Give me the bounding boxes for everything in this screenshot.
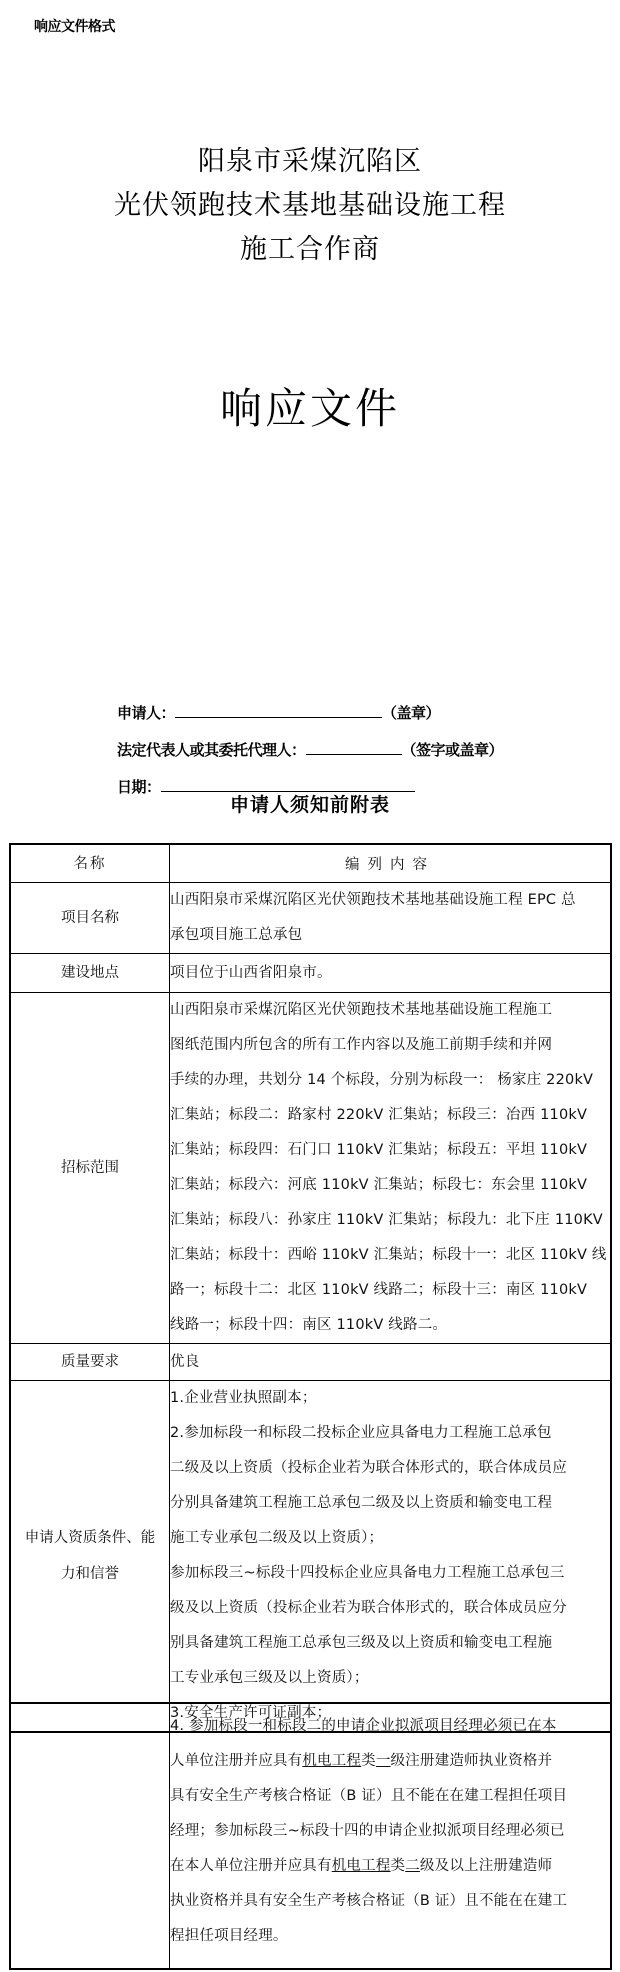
content-line: 项目位于山西省阳泉市。	[170, 956, 610, 991]
representative-field: 法定代表人或其委托代理人：（签字或盖章）	[117, 737, 503, 759]
content-line: 2.参加标段一和标段二投标企业应具备电力工程施工总承包	[170, 1416, 610, 1451]
project-title-block: 阳泉市采煤沉陷区 光伏领跑技术基地基础设施工程 施工合作商	[0, 140, 620, 272]
content-line: 施工专业承包二级及以上资质）；	[170, 1521, 610, 1556]
row-content-bidding-scope: 山西阳泉市采煤沉陷区光伏领跑技术基地基础设施工程施工 图纸范围内所包含的所有工作…	[170, 993, 612, 1344]
content-line: 手续的办理，共划分 14 个标段，分别为标段一： 杨家庄 220kV	[170, 1063, 610, 1098]
content-line: 承包项目施工总承包	[170, 918, 610, 953]
content-line: 线路一；标段十四：南区 110kV 线路二。	[170, 1308, 610, 1343]
content-line: 具有安全生产考核合格证（B 证）且不能在在建工程担任项目	[170, 1779, 610, 1814]
project-title-line-2: 光伏领跑技术基地基础设施工程	[0, 184, 620, 228]
applicant-field: 申请人：（盖章）	[117, 700, 440, 722]
content-line: 人单位注册并应具有机电工程类一级注册建造师执业资格并	[170, 1744, 610, 1779]
representative-blank[interactable]	[306, 737, 402, 755]
representative-label: 法定代表人或其委托代理人：	[117, 741, 306, 759]
text-segment: 人单位注册并应具有	[170, 1753, 302, 1769]
project-title-line-1: 阳泉市采煤沉陷区	[0, 140, 620, 184]
text-segment: 级及以上注册建造师	[420, 1858, 552, 1874]
row-content-project-name: 山西阳泉市采煤沉陷区光伏领跑技术基地基础设施工程 EPC 总 承包项目施工总承包	[170, 883, 612, 954]
applicant-blank[interactable]	[175, 700, 382, 718]
content-line: 图纸范围内所包含的所有工作内容以及施工前期手续和并网	[170, 1028, 610, 1063]
header-content: 编列内容	[170, 844, 612, 883]
underlined-segment: 一	[376, 1753, 391, 1769]
content-line: 工专业承包三级及以上资质）；	[170, 1661, 610, 1696]
content-line: 汇集站；标段八：孙家庄 110kV 汇集站；标段九：北下庄 110KV	[170, 1203, 610, 1238]
content-line: 优良	[170, 1345, 610, 1380]
underlined-segment: 机电工程	[302, 1753, 361, 1769]
row-content-qualifications: 1.企业营业执照副本； 2.参加标段一和标段二投标企业应具备电力工程施工总承包 …	[170, 1381, 612, 1733]
label-line: 申请人资质条件、能	[11, 1520, 169, 1556]
table-row: 项目名称 山西阳泉市采煤沉陷区光伏领跑技术基地基础设施工程 EPC 总 承包项目…	[10, 883, 611, 954]
section-title: 申请人须知前附表	[0, 790, 620, 817]
applicant-label: 申请人：	[117, 704, 175, 722]
underlined-segment: 二	[405, 1858, 420, 1874]
row-label-quality: 质量要求	[10, 1344, 170, 1381]
row-content-project-manager: 4. 参加标段一和标段二的申请企业拟派项目经理必须已在本 人单位注册并应具有机电…	[170, 1703, 612, 1969]
content-line: 山西阳泉市采煤沉陷区光伏领跑技术基地基础设施工程 EPC 总	[170, 883, 610, 918]
table-row: 建设地点 项目位于山西省阳泉市。	[10, 954, 611, 993]
content-line: 山西阳泉市采煤沉陷区光伏领跑技术基地基础设施工程施工	[170, 993, 610, 1028]
page-header-label: 响应文件格式	[34, 16, 115, 36]
table-row: 招标范围 山西阳泉市采煤沉陷区光伏领跑技术基地基础设施工程施工 图纸范围内所包含…	[10, 993, 611, 1344]
table-row: 申请人资质条件、能 力和信誉 1.企业营业执照副本； 2.参加标段一和标段二投标…	[10, 1381, 611, 1733]
header-name: 名称	[10, 844, 170, 883]
content-line: 级及以上资质（投标企业若为联合体形式的，联合体成员应分	[170, 1591, 610, 1626]
row-content-construction-site: 项目位于山西省阳泉市。	[170, 954, 612, 993]
content-line: 分别具备建筑工程施工总承包二级及以上资质和输变电工程	[170, 1486, 610, 1521]
content-line: 执业资格并具有安全生产考核合格证（B 证）且不能在在建工	[170, 1884, 610, 1919]
content-line: 程担任项目经理。	[170, 1919, 610, 1954]
text-segment: 级注册建造师执业资格并	[391, 1753, 553, 1769]
content-line: 汇集站；标段二：路家村 220kV 汇集站；标段三：冶西 110kV	[170, 1098, 610, 1133]
underlined-segment: 机电工程	[332, 1858, 391, 1874]
project-title-line-3: 施工合作商	[0, 228, 620, 272]
row-label-project-name: 项目名称	[10, 883, 170, 954]
table-row: 4. 参加标段一和标段二的申请企业拟派项目经理必须已在本 人单位注册并应具有机电…	[10, 1703, 611, 1969]
document-title: 响应文件	[0, 376, 620, 436]
text-segment: 在本人单位注册并应具有	[170, 1858, 332, 1874]
row-label-qualifications: 申请人资质条件、能 力和信誉	[10, 1381, 170, 1733]
content-line: 汇集站；标段四：石门口 110kV 汇集站；标段五：平坦 110kV	[170, 1133, 610, 1168]
representative-suffix: （签字或盖章）	[402, 741, 504, 759]
requirements-table-continued: 4. 参加标段一和标段二的申请企业拟派项目经理必须已在本 人单位注册并应具有机电…	[9, 1702, 612, 1970]
text-segment: 类	[361, 1753, 376, 1769]
requirements-table: 名称 编列内容 项目名称 山西阳泉市采煤沉陷区光伏领跑技术基地基础设施工程 EP…	[9, 843, 612, 1733]
table-row: 质量要求 优良	[10, 1344, 611, 1381]
label-line: 力和信誉	[11, 1556, 169, 1592]
content-line: 汇集站；标段十：西峪 110kV 汇集站；标段十一：北区 110kV 线	[170, 1238, 610, 1273]
row-label-bidding-scope: 招标范围	[10, 993, 170, 1344]
text-segment: 类	[391, 1858, 406, 1874]
content-line: 4. 参加标段一和标段二的申请企业拟派项目经理必须已在本	[170, 1709, 610, 1744]
content-line: 路一；标段十二：北区 110kV 线路二；标段十三：南区 110kV	[170, 1273, 610, 1308]
content-line: 在本人单位注册并应具有机电工程类二级及以上注册建造师	[170, 1849, 610, 1884]
row-label-continued	[10, 1703, 170, 1969]
row-content-quality: 优良	[170, 1344, 612, 1381]
content-line: 参加标段三~标段十四投标企业应具备电力工程施工总承包三	[170, 1556, 610, 1591]
row-label-construction-site: 建设地点	[10, 954, 170, 993]
table-header-row: 名称 编列内容	[10, 844, 611, 883]
content-line: 1.企业营业执照副本；	[170, 1381, 610, 1416]
content-line: 别具备建筑工程施工总承包三级及以上资质和输变电工程施	[170, 1626, 610, 1661]
content-line: 经理；参加标段三~标段十四的申请企业拟派项目经理必须已	[170, 1814, 610, 1849]
content-line: 二级及以上资质（投标企业若为联合体形式的，联合体成员应	[170, 1451, 610, 1486]
content-line: 汇集站；标段六：河底 110kV 汇集站；标段七：东会里 110kV	[170, 1168, 610, 1203]
applicant-suffix: （盖章）	[382, 704, 440, 722]
